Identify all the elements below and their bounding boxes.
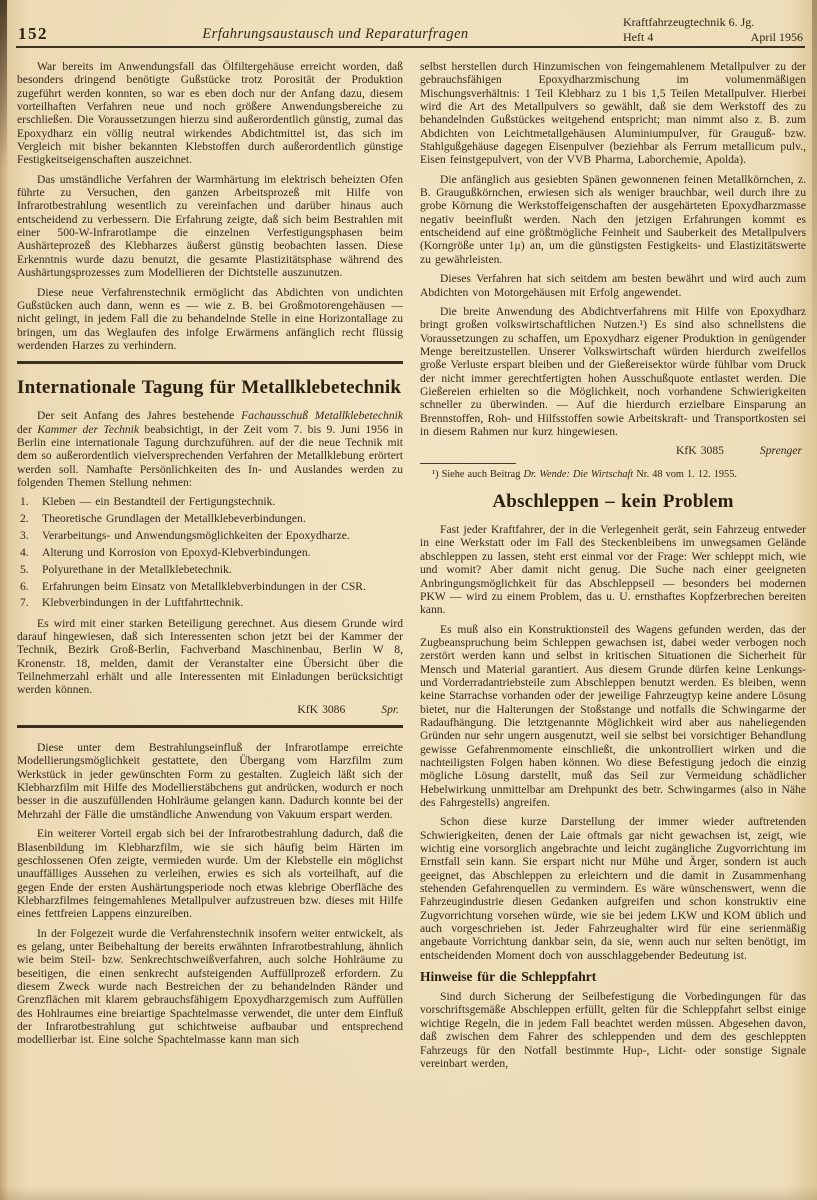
agenda-item: 4. Alterung und Korrosion von Epoxyd-Kle… [17, 546, 403, 559]
text-segment: der [17, 423, 37, 436]
article-paragraph: Fast jeder Kraftfahrer, der in die Verle… [420, 523, 806, 616]
signature-author: Spr. [381, 703, 399, 716]
agenda-item-text: Alterung und Korrosion von Epoxyd-Klebve… [42, 546, 403, 559]
text-segment-italic: Kammer der Technik [37, 423, 139, 436]
agenda-item-number: 1. [17, 495, 42, 508]
left-column: War bereits im Anwendungsfall das Ölfilt… [17, 60, 403, 1076]
journal-name: Kraftfahrzeugtechnik 6. Jg. [623, 15, 803, 30]
signature-code: KfK 3086 [297, 703, 345, 716]
towing-subheading: Hinweise für die Schleppfahrt [420, 969, 806, 985]
header-rule [16, 46, 805, 48]
page-header: 152 Erfahrungsaustausch und Reparaturfra… [18, 15, 803, 44]
two-column-body: War bereits im Anwendungsfall das Ölfilt… [17, 60, 806, 1076]
article-paragraph: Sind durch Sicherung der Seilbefestigung… [420, 990, 806, 1070]
article-paragraph: Diese unter dem Bestrahlungseinfluß der … [17, 741, 403, 821]
agenda-item: 6. Erfahrungen beim Einsatz von Metallkl… [17, 580, 403, 593]
agenda-item-text: Polyurethane in der Metallklebetechnik. [42, 563, 403, 576]
journal-info: Kraftfahrzeugtechnik 6. Jg. Heft 4 April… [623, 15, 803, 44]
article-paragraph-continuation: selbst herstellen durch Hinzumischen von… [420, 60, 806, 167]
footnote: ¹) Siehe auch Beitrag Dr. Wende: Die Wir… [420, 469, 806, 482]
text-segment: ¹) Siehe auch Beitrag [432, 469, 523, 480]
text-segment: Der seit Anfang des Jahres bestehende [37, 409, 241, 422]
text-segment-italic: Dr. Wende: Die Wirtschaft [523, 469, 633, 480]
meeting-outro-paragraph: Es wird mit einer starken Beteiligung ge… [17, 617, 403, 697]
section-divider [17, 725, 403, 728]
meeting-intro-paragraph: Der seit Anfang des Jahres bestehende Fa… [17, 409, 403, 489]
agenda-item-text: Verarbeitungs- und Anwendungsmöglichkeit… [42, 529, 403, 542]
article-paragraph: Das umständliche Verfahren der Warmhärtu… [17, 173, 403, 280]
agenda-item-number: 4. [17, 546, 42, 559]
article-paragraph: War bereits im Anwendungsfall das Ölfilt… [17, 60, 403, 167]
agenda-item: 7. Klebverbindungen in der Luftfahrttech… [17, 596, 403, 609]
scan-edge-shadow-left [0, 0, 7, 170]
right-column: selbst herstellen durch Hinzumischen von… [420, 60, 806, 1076]
signature-code: KfK 3085 [676, 444, 724, 457]
agenda-item-text: Theoretische Grundlagen der Metallklebev… [42, 512, 403, 525]
agenda-item: 3. Verarbeitungs- und Anwendungsmöglichk… [17, 529, 403, 542]
agenda-item-text: Kleben — ein Bestandteil der Fertigungst… [42, 495, 403, 508]
agenda-item-number: 7. [17, 596, 42, 609]
scan-edge-shadow-bottom [0, 1186, 817, 1200]
signature-row: KfK 3085 Sprenger [420, 444, 806, 457]
issue-number: Heft 4 [623, 30, 653, 45]
running-title: Erfahrungsaustausch und Reparaturfragen [48, 26, 623, 44]
article-paragraph: Die breite Anwendung des Abdichtverfahre… [420, 305, 806, 438]
agenda-item-number: 5. [17, 563, 42, 576]
agenda-item: 1. Kleben — ein Bestandteil der Fertigun… [17, 495, 403, 508]
article-paragraph: Die anfänglich aus gesiebten Spänen gewo… [420, 173, 806, 266]
section-heading-meeting: Internationale Tagung für Metallklebetec… [17, 377, 403, 399]
article-heading-towing: Abschleppen – kein Problem [420, 491, 806, 513]
article-paragraph: Schon diese kurze Darstellung der immer … [420, 815, 806, 962]
agenda-item: 5. Polyurethane in der Metallklebetechni… [17, 563, 403, 576]
agenda-list: 1. Kleben — ein Bestandteil der Fertigun… [17, 495, 403, 609]
journal-page: 152 Erfahrungsaustausch und Reparaturfra… [0, 0, 817, 1200]
article-paragraph: Ein weiterer Vorteil ergab sich bei der … [17, 827, 403, 920]
agenda-item: 2. Theoretische Grundlagen der Metallkle… [17, 512, 403, 525]
agenda-item-number: 3. [17, 529, 42, 542]
agenda-item-number: 6. [17, 580, 42, 593]
page-number: 152 [18, 24, 48, 44]
agenda-item-text: Erfahrungen beim Einsatz von Metallklebv… [42, 580, 403, 593]
issue-date: April 1956 [751, 30, 803, 45]
text-segment: Nr. 48 vom 1. 12. 1955. [633, 469, 737, 480]
article-paragraph: Es muß also ein Konstruktionsteil des Wa… [420, 623, 806, 810]
text-segment-italic: Fachausschuß Metallklebetechnik [241, 409, 403, 422]
footnote-divider [420, 463, 516, 464]
agenda-item-number: 2. [17, 512, 42, 525]
section-divider [17, 361, 403, 364]
scan-edge-shadow-right [812, 0, 817, 420]
article-paragraph: Diese neue Verfahrenstechnik ermöglicht … [17, 286, 403, 353]
signature-row: KfK 3086 Spr. [17, 703, 403, 716]
signature-author: Sprenger [760, 444, 802, 457]
article-paragraph: Dieses Verfahren hat sich seitdem am bes… [420, 272, 806, 299]
article-paragraph: In der Folgezeit wurde die Verfahrenstec… [17, 927, 403, 1047]
agenda-item-text: Klebverbindungen in der Luftfahrttechnik… [42, 596, 403, 609]
